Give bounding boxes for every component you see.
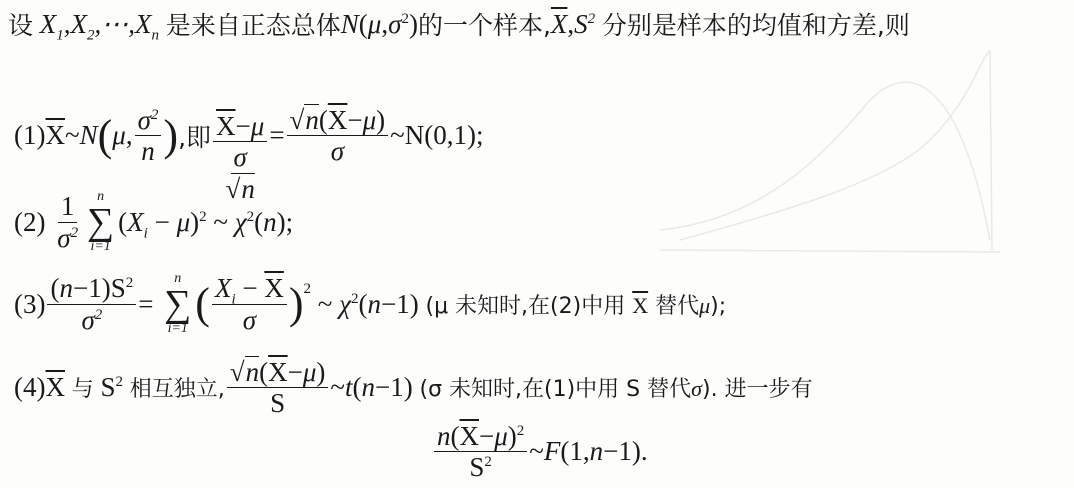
sample-list: X1,X2,⋯,Xn <box>40 9 159 40</box>
item-3-result: ~ χ2(n−1) <box>318 289 419 320</box>
tilde: ~ <box>65 120 80 151</box>
mu: μ <box>112 120 126 151</box>
xbar: X <box>45 372 65 403</box>
standardized-fraction-2: √n(X−μ) σ <box>287 106 389 166</box>
intro-middle: 是来自正态总体 <box>166 6 341 42</box>
f-statistic-fraction: n(X−μ)2S2 <box>434 422 527 482</box>
xbar: X <box>45 120 65 151</box>
right-paren: ) <box>289 282 304 326</box>
item-1-connector: ,即 <box>178 118 211 154</box>
s-squared: S2 <box>101 372 124 403</box>
normal-population: N(μ,σ2) <box>341 9 418 40</box>
t-statistic-fraction: √n(X−μ)S <box>227 358 329 418</box>
N-symbol: N <box>80 120 98 151</box>
sum-term: (Xi − μ)2 <box>118 207 206 238</box>
item-4-text1: 与 <box>72 372 94 403</box>
item-2: (2) 1σ2 n∑i=1 (Xi − μ)2 ~ χ2(n); <box>14 190 293 254</box>
item-3: (3) (n−1)S2σ2 = n∑i=1 ( Xi − Xσ )2 ~ χ2(… <box>14 272 726 336</box>
summation: n∑i=1 <box>164 272 191 336</box>
item-1-result: ~N(0,1); <box>390 120 483 151</box>
final-formula: n(X−μ)2S2 ~F(1,n−1). <box>432 422 648 482</box>
intro-middle2: 的一个样本, <box>418 6 551 42</box>
left-paren: ( <box>98 114 113 158</box>
intro-line: 设 X1,X2,⋯,Xn 是来自正态总体 N(μ,σ2) 的一个样本, X, S… <box>8 6 910 42</box>
item-2-result: ~ χ2(n); <box>213 207 293 238</box>
item-4: (4) X 与 S2 相互独立, √n(X−μ)S ~t(n−1) (σ 未知时… <box>14 358 813 418</box>
item-1-label: (1) <box>14 120 45 151</box>
variance-fraction: σ2n <box>135 106 162 166</box>
intro-suffix: 分别是样本的均值和方差,则 <box>602 6 910 42</box>
final-result: ~F(1,n−1). <box>529 436 647 467</box>
item-4-note: (σ 未知时,在(1)中用 S 替代σ). 进一步有 <box>420 372 813 403</box>
item-4-result: ~t(n−1) <box>330 372 412 403</box>
left-paren: ( <box>195 282 210 326</box>
intro-prefix: 设 <box>8 6 33 42</box>
sample-variance-symbol: S2 <box>574 9 595 40</box>
background-showthrough-graphic <box>640 40 1074 280</box>
item-2-label: (2) <box>14 207 45 238</box>
sample-mean-symbol: X <box>551 9 568 40</box>
inverse-variance-fraction: 1σ2 <box>54 192 81 252</box>
item-4-text2: 相互独立, <box>130 372 225 403</box>
item-3-note: (μ 未知时,在(2)中用 X 替代μ); <box>425 289 726 320</box>
item-4-label: (4) <box>14 372 45 403</box>
right-paren: ) <box>163 114 178 158</box>
equals: = <box>138 289 153 320</box>
item-3-label: (3) <box>14 289 45 320</box>
scaled-variance-fraction: (n−1)S2σ2 <box>47 274 136 334</box>
item-1: (1) X ~N ( μ, σ2n ) ,即 X−μ σ√n = √n(X−μ)… <box>14 68 484 203</box>
deviation-fraction: Xi − Xσ <box>212 274 287 334</box>
summation: n∑i=1 <box>87 190 114 254</box>
equals: = <box>269 120 284 151</box>
